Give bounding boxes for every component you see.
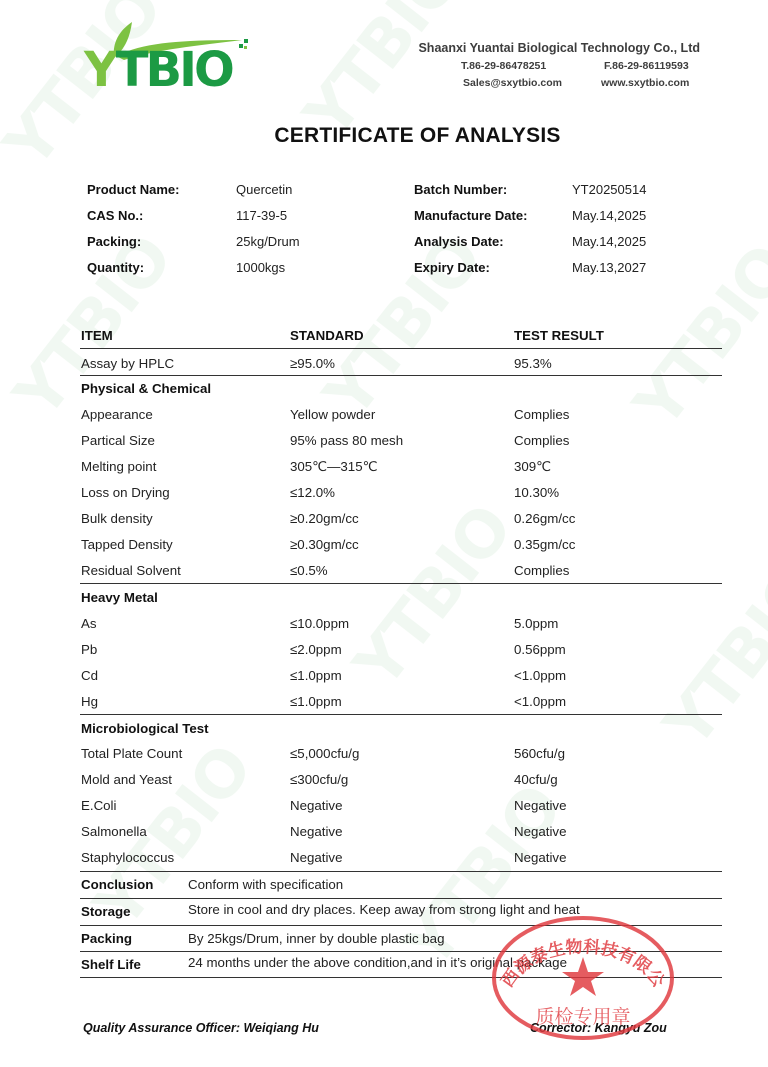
row-standard: ≤2.0ppm	[290, 642, 342, 657]
row-standard: ≤1.0ppm	[290, 694, 342, 709]
info-label: Manufacture Date:	[414, 208, 527, 223]
row-item: Residual Solvent	[81, 563, 181, 578]
row-result: Negative	[514, 824, 566, 839]
company-seal-stamp: 陕西源泰生物科技有限公司 质检专用章	[488, 912, 678, 1042]
analysis-date-value: May.14,2025	[572, 234, 646, 249]
conclusion-label: Conclusion	[81, 877, 153, 892]
row-result: 10.30%	[514, 485, 559, 500]
company-email[interactable]: Sales@sxytbio.com	[463, 77, 562, 89]
row-item: Pb	[81, 642, 97, 657]
row-item: Bulk density	[81, 511, 153, 526]
row-result: <1.0ppm	[514, 694, 566, 709]
row-result: 5.0ppm	[514, 616, 558, 631]
row-standard: ≥95.0%	[290, 356, 335, 371]
row-item: As	[81, 616, 97, 631]
divider	[80, 871, 722, 872]
row-standard: ≥0.20gm/cc	[290, 511, 359, 526]
row-standard: 95% pass 80 mesh	[290, 433, 403, 448]
row-item: Loss on Drying	[81, 485, 170, 500]
row-standard: Negative	[290, 798, 342, 813]
row-item: Total Plate Count	[81, 746, 182, 761]
row-result: Complies	[514, 563, 569, 578]
storage-label: Storage	[81, 904, 131, 919]
row-standard: ≤12.0%	[290, 485, 335, 500]
row-standard: ≤10.0ppm	[290, 616, 349, 631]
row-item: Staphylococcus	[81, 850, 174, 865]
company-phone: T.86-29-86478251	[461, 60, 546, 72]
row-item: Hg	[81, 694, 98, 709]
row-item: Mold and Yeast	[81, 772, 172, 787]
divider	[80, 348, 722, 349]
row-result: Complies	[514, 407, 569, 422]
row-item: Cd	[81, 668, 98, 683]
row-standard: ≤1.0ppm	[290, 668, 342, 683]
row-item: Assay by HPLC	[81, 356, 174, 371]
row-result: 0.26gm/cc	[514, 511, 575, 526]
row-result: 95.3%	[514, 356, 552, 371]
company-logo: YTBIO	[84, 22, 254, 94]
row-result: <1.0ppm	[514, 668, 566, 683]
divider	[80, 375, 722, 376]
row-result: 309℃	[514, 459, 551, 475]
company-website[interactable]: www.sxytbio.com	[601, 77, 689, 89]
manufacture-date-value: May.14,2025	[572, 208, 646, 223]
packing-value: 25kg/Drum	[236, 234, 300, 249]
row-standard: ≤300cfu/g	[290, 772, 348, 787]
row-item: Tapped Density	[81, 537, 173, 552]
packing-label: Packing	[81, 931, 132, 946]
info-label: Packing:	[87, 234, 141, 249]
seal-icon: 陕西源泰生物科技有限公司 质检专用章	[488, 912, 678, 1042]
row-result: 40cfu/g	[514, 772, 558, 787]
row-standard: Negative	[290, 824, 342, 839]
row-item: Salmonella	[81, 824, 147, 839]
divider	[80, 714, 722, 715]
section-title: Physical & Chemical	[81, 381, 211, 396]
logo-letters: TBIO	[116, 42, 232, 98]
cas-value: 117-39-5	[236, 208, 287, 223]
watermark: YTBIO	[1, 223, 187, 432]
svg-text:质检专用章: 质检专用章	[535, 1006, 630, 1028]
qa-officer-signature: Quality Assurance Officer: Weiqiang Hu	[83, 1021, 319, 1035]
row-item: Melting point	[81, 459, 156, 474]
info-label: Batch Number:	[414, 182, 507, 197]
row-result: 560cfu/g	[514, 746, 565, 761]
row-result: Negative	[514, 850, 566, 865]
row-result: Complies	[514, 433, 569, 448]
info-label: Product Name:	[87, 182, 179, 197]
row-standard: ≤0.5%	[290, 563, 328, 578]
logo-letter-y: Y	[84, 42, 116, 98]
column-header-standard: STANDARD	[290, 328, 364, 343]
info-label: Expiry Date:	[414, 260, 490, 275]
packing-value: By 25kgs/Drum, inner by double plastic b…	[188, 931, 444, 946]
section-title: Microbiological Test	[81, 721, 209, 736]
info-label: Quantity:	[87, 260, 144, 275]
row-standard: Yellow powder	[290, 407, 375, 422]
row-standard: 305℃—315℃	[290, 459, 378, 475]
row-result: 0.35gm/cc	[514, 537, 575, 552]
row-standard: ≤5,000cfu/g	[290, 746, 359, 761]
company-name: Shaanxi Yuantai Biological Technology Co…	[418, 41, 700, 55]
row-standard: ≥0.30gm/cc	[290, 537, 359, 552]
divider	[80, 583, 722, 584]
row-item: E.Coli	[81, 798, 116, 813]
watermark: YTBIO	[341, 493, 527, 702]
document-title: CERTIFICATE OF ANALYSIS	[0, 124, 768, 148]
batch-number-value: YT20250514	[572, 182, 646, 197]
row-item: Partical Size	[81, 433, 155, 448]
shelf-life-label: Shelf Life	[81, 957, 141, 972]
section-title: Heavy Metal	[81, 590, 158, 605]
row-item: Appearance	[81, 407, 153, 422]
product-name-value: Quercetin	[236, 182, 292, 197]
row-standard: Negative	[290, 850, 342, 865]
divider	[80, 898, 722, 899]
company-fax: F.86-29-86119593	[604, 60, 689, 72]
column-header-result: TEST RESULT	[514, 328, 604, 343]
column-header-item: ITEM	[81, 328, 113, 343]
info-label: Analysis Date:	[414, 234, 504, 249]
info-label: CAS No.:	[87, 208, 143, 223]
quantity-value: 1000kgs	[236, 260, 285, 275]
expiry-date-value: May.13,2027	[572, 260, 646, 275]
conclusion-value: Conform with specification	[188, 877, 343, 892]
row-result: 0.56ppm	[514, 642, 566, 657]
watermark: YTBIO	[311, 223, 497, 432]
row-result: Negative	[514, 798, 566, 813]
